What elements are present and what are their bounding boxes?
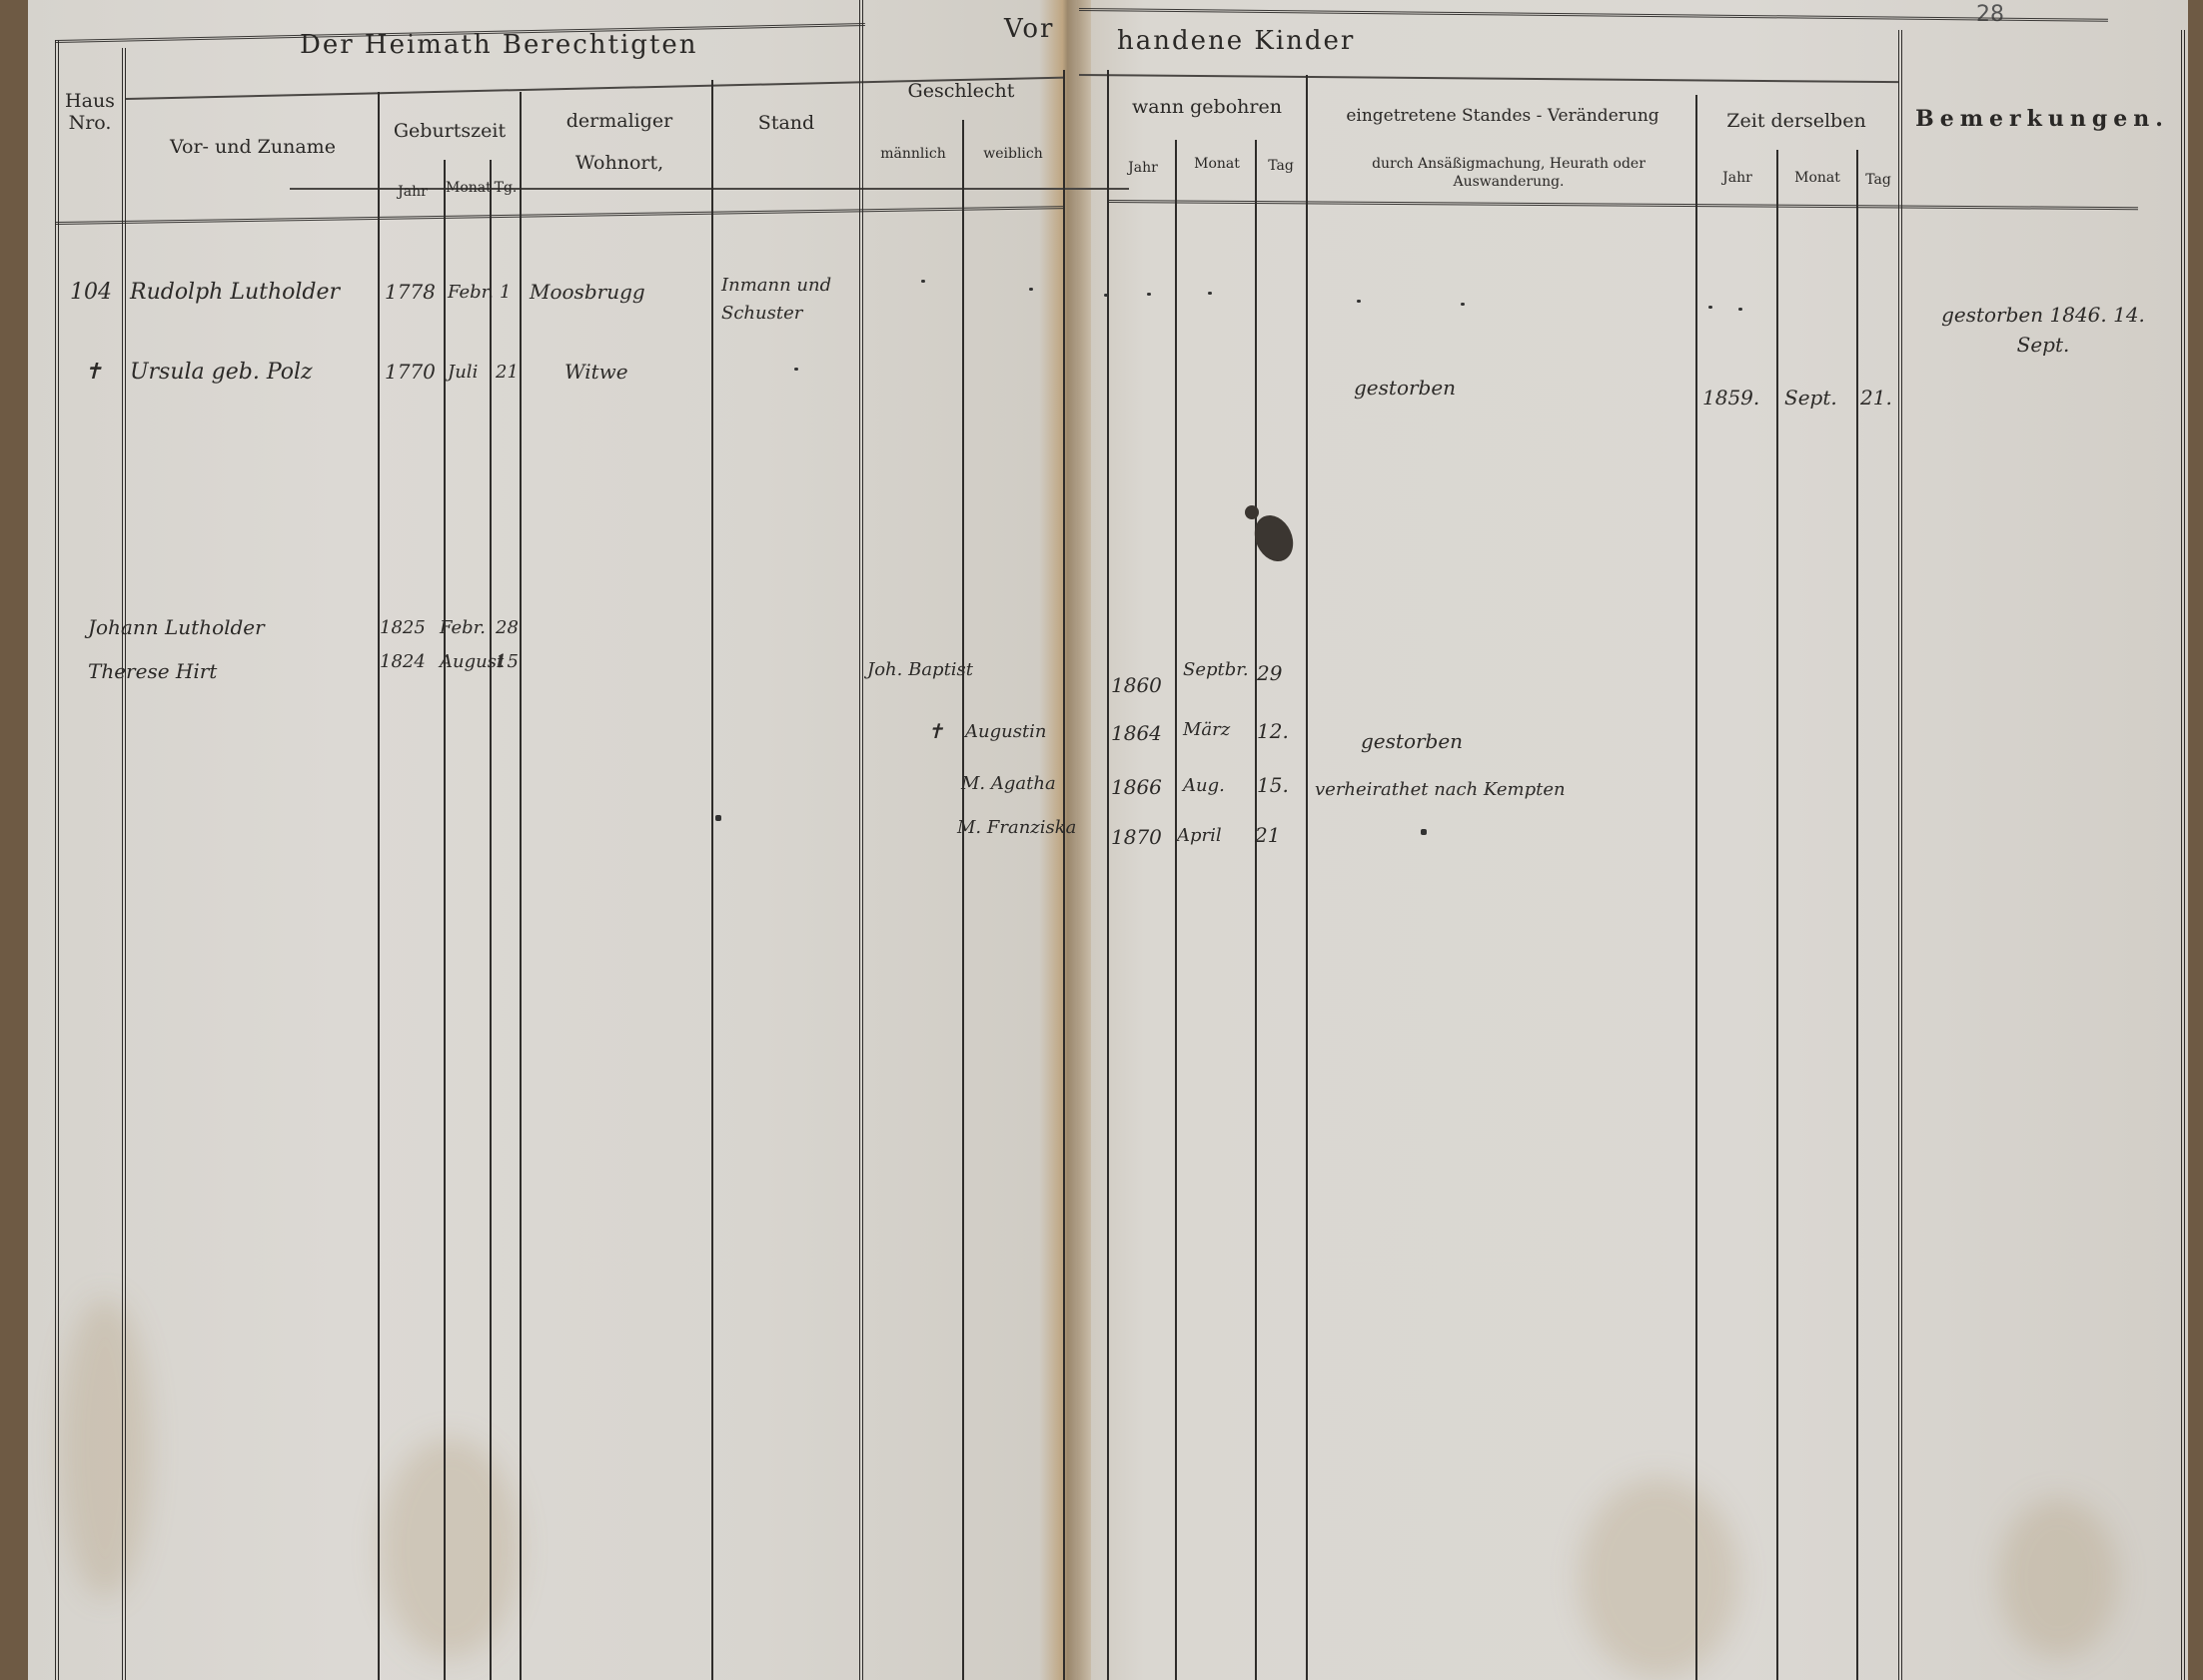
entry-birth-day: 1 xyxy=(500,282,511,303)
right-page xyxy=(1077,0,2188,1680)
entry-birth-year: 1778 xyxy=(385,280,436,304)
col-header-wohnort: dermaliger Wohnort, xyxy=(530,100,709,184)
child-year: 1860 xyxy=(1111,673,1162,697)
entry-birth-month: Juli xyxy=(448,362,478,383)
col-rule xyxy=(1175,140,1177,1680)
child-month: Septbr. xyxy=(1183,659,1249,680)
child-death-mark: ✝ xyxy=(927,719,944,743)
empty-field-mark xyxy=(1029,288,1033,291)
col-rule xyxy=(1306,75,1308,1680)
paper-stain xyxy=(380,1438,520,1658)
empty-field-mark xyxy=(921,280,925,283)
col-rule xyxy=(1107,70,1109,1680)
child-year: 1870 xyxy=(1111,825,1162,849)
child-name: M. Agatha xyxy=(961,773,1056,794)
col-header-standes-veraenderung: eingetretene Standes - Veränderung xyxy=(1311,106,1694,126)
child-change: gestorben xyxy=(1361,729,1463,753)
entry-stand: Inmann und Schuster xyxy=(721,272,857,328)
paper-stain xyxy=(1998,1498,2118,1658)
col-rule xyxy=(444,160,446,1680)
entry-name: Johann Lutholder xyxy=(88,615,265,639)
col-rule xyxy=(520,92,522,1680)
child-day: 29 xyxy=(1257,661,1282,685)
child-name: Joh. Baptist xyxy=(867,659,973,680)
col-rule xyxy=(1776,150,1778,1680)
entry-birth-day: 28 xyxy=(496,617,519,638)
col-rule xyxy=(378,92,380,1680)
child-day: 12. xyxy=(1257,719,1289,743)
child-year: 1866 xyxy=(1111,775,1162,799)
child-name: M. Franziska xyxy=(957,817,1076,838)
empty-field-mark xyxy=(1461,303,1465,306)
entry-birth-month: Febr. xyxy=(448,282,494,303)
entry-wohnort: Moosbrugg xyxy=(530,280,645,304)
col-header-zeit-derselben: Zeit derselben xyxy=(1698,110,1894,132)
empty-field-mark xyxy=(1104,294,1108,297)
entry-name: Rudolph Lutholder xyxy=(130,280,340,305)
col-rule xyxy=(122,48,126,1680)
col-header-geb-jahr: Jahr xyxy=(384,184,442,200)
child-day: 21 xyxy=(1255,823,1280,847)
col-header-zeit-tag: Tag xyxy=(1858,172,1898,188)
col-rule xyxy=(962,120,964,1680)
entry-change-year: 1859. xyxy=(1702,386,1759,410)
entry-wohnort: Witwe xyxy=(564,360,628,384)
col-header-geb-tag: Tg. xyxy=(492,180,520,196)
entry-name: Ursula geb. Polz xyxy=(130,360,313,385)
entry-birth-year: 1824 xyxy=(380,651,426,672)
col-header-geburtszeit: Geburtszeit xyxy=(382,120,518,142)
col-header-stand: Stand xyxy=(715,112,857,134)
right-page-title: handene Kinder xyxy=(1117,26,1355,56)
child-month: Aug. xyxy=(1183,775,1225,796)
child-change: verheirathet nach Kempten xyxy=(1315,779,1566,800)
col-header-bemerkungen: Bemerkungen. xyxy=(1906,106,2178,132)
col-rule xyxy=(1063,70,1065,1680)
ink-dot xyxy=(715,815,721,821)
entry-change: gestorben xyxy=(1354,376,1456,400)
ink-blot-icon xyxy=(1242,502,1302,566)
col-header-wann-gebohren: wann gebohren xyxy=(1111,96,1303,118)
child-year: 1864 xyxy=(1111,721,1162,745)
left-page xyxy=(28,0,1077,1680)
empty-field-mark xyxy=(1738,308,1742,311)
empty-field-mark xyxy=(1357,300,1361,303)
col-header-kind-jahr: Jahr xyxy=(1111,160,1175,176)
entry-birth-year: 1770 xyxy=(385,360,436,384)
child-name: Augustin xyxy=(965,721,1047,742)
entry-haus-nro: 104 xyxy=(70,280,112,305)
entry-birth-month: Febr. xyxy=(440,617,486,638)
col-header-weiblich: weiblich xyxy=(965,146,1061,162)
col-rule xyxy=(859,0,863,1680)
page-number: 28 xyxy=(1976,2,2004,27)
col-rule xyxy=(55,40,59,1680)
spread-title-left: Vor xyxy=(1004,14,1054,44)
col-header-maennlich: männlich xyxy=(865,146,961,162)
col-header-haus-nro: Haus Nro. xyxy=(58,90,122,134)
col-header-kind-tag: Tag xyxy=(1257,158,1305,174)
col-header-geschlecht: Geschlecht xyxy=(863,80,1059,102)
child-day: 15. xyxy=(1257,773,1289,797)
empty-field-mark xyxy=(1708,306,1712,309)
entry-birth-month: August xyxy=(440,651,504,672)
entry-birth-year: 1825 xyxy=(380,617,426,638)
col-rule xyxy=(1856,150,1858,1680)
entry-death-mark: ✝ xyxy=(84,360,102,385)
col-rule xyxy=(1898,30,1902,1680)
col-header-geb-monat: Monat xyxy=(446,180,490,196)
empty-field-mark xyxy=(794,368,798,371)
col-header-zeit-jahr: Jahr xyxy=(1698,170,1776,186)
entry-change-day: 21. xyxy=(1860,386,1892,410)
col-rule xyxy=(711,80,713,1680)
col-header-kind-monat: Monat xyxy=(1179,156,1255,172)
entry-birth-day: 21 xyxy=(496,362,519,383)
empty-field-mark xyxy=(1208,292,1212,295)
col-rule xyxy=(490,160,492,1680)
ink-dot xyxy=(1421,829,1427,835)
entry-birth-day: 15 xyxy=(496,651,519,672)
paper-stain xyxy=(60,1298,150,1598)
entry-name: Therese Hirt xyxy=(88,659,217,683)
col-header-zeit-monat: Monat xyxy=(1778,170,1856,186)
col-rule xyxy=(1255,140,1257,1680)
left-page-title: Der Heimath Berechtigten xyxy=(300,30,698,60)
book-gutter xyxy=(1039,0,1091,1680)
child-month: März xyxy=(1183,719,1230,740)
child-month: April xyxy=(1177,825,1222,846)
empty-field-mark xyxy=(1147,293,1151,296)
entry-change-month: Sept. xyxy=(1784,386,1837,410)
entry-remark: gestorben 1846. 14. Sept. xyxy=(1918,300,2168,360)
paper-stain xyxy=(1579,1478,1738,1678)
col-rule xyxy=(1695,95,1697,1680)
col-rule xyxy=(2181,30,2185,1680)
col-header-standes-sub: durch Ansäßigmachung, Heurath oder Auswa… xyxy=(1329,155,1688,191)
col-header-name: Vor- und Zuname xyxy=(130,136,376,158)
